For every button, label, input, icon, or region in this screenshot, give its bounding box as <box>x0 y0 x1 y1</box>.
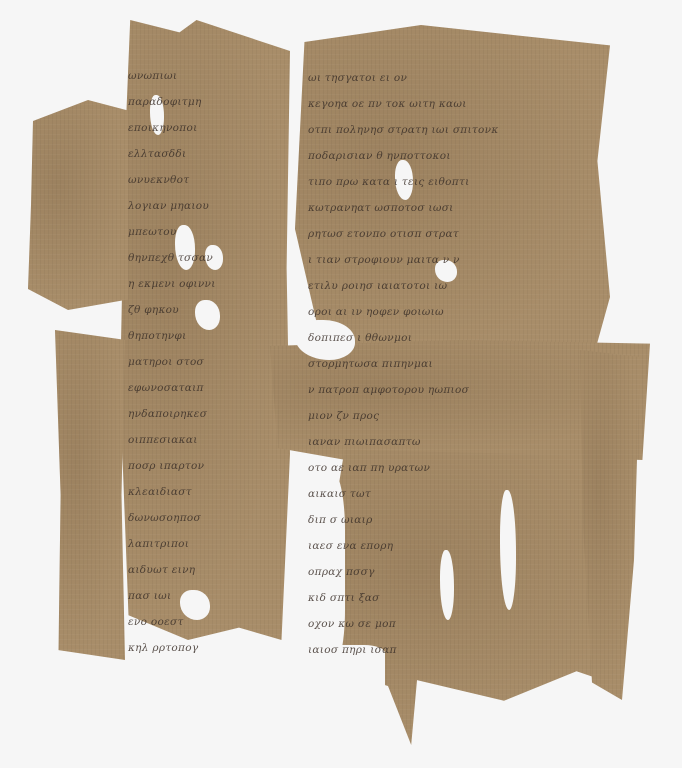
text-line: εφωνοσαταιπ <box>128 382 204 394</box>
text-line: αιδυωτ εινη <box>128 564 195 576</box>
text-line: η εκμενι οφιννι <box>128 278 216 290</box>
text-line: ενο οοεστ <box>128 616 184 628</box>
text-line: οπραχ πσσγ <box>308 566 375 578</box>
text-line: οιππεσιακαι <box>128 434 198 446</box>
text-line: ποδαρισιαν θ ηνποττοκοι <box>308 150 451 162</box>
text-line: ελλτασδδι <box>128 148 186 160</box>
papyrus-hole <box>440 550 454 620</box>
text-line: διπ σ ωιαιρ <box>308 514 373 526</box>
text-line: θηνπεχθ τσσαν <box>128 252 213 264</box>
text-line: δωνωσοηποσ <box>128 512 201 524</box>
text-line: οτο αε ιαπ πη υρατων <box>308 462 430 474</box>
text-line: ρητωσ ετονπο οτισπ στρατ <box>308 228 459 240</box>
papyrus-left-strip <box>55 330 125 660</box>
text-line: αικαισ τωτ <box>308 488 371 500</box>
text-line: ιαιοσ πηρι ισαπ <box>308 644 397 656</box>
papyrus-hole <box>500 490 516 610</box>
text-line: ετιλυ ροιησ ιαιατοτοι ιω <box>308 280 447 292</box>
text-line: οτπι ποληνησ στρατη ιωι σπιτονκ <box>308 124 499 136</box>
text-line: παραδοφιτμη <box>128 96 202 108</box>
text-line: λογιαν μηαιου <box>128 200 209 212</box>
text-line: κωτρανηατ ωσποτοσ ιωσι <box>308 202 454 214</box>
text-line: ωνυεκνθοτ <box>128 174 189 186</box>
papyrus-hole <box>195 300 220 330</box>
text-line: ωι τησγατοι ει ον <box>308 72 407 84</box>
photograph-scene: ωνωπιωιπαραδοφιτμηεποικηνοποιελλτασδδιων… <box>0 0 682 768</box>
papyrus-hole <box>175 645 385 725</box>
text-line: ι τιαν στροφιουν μαιτα ν ν <box>308 254 460 266</box>
text-line: κεγοηα οε πν τοκ ωιτη καωι <box>308 98 467 110</box>
text-line: οροι αι ιν ηοφεν φοιωιω <box>308 306 444 318</box>
text-line: ιαεσ ενα επορη <box>308 540 393 552</box>
text-line: μιον ζν προς <box>308 410 379 422</box>
text-line: οχον κω σε μοπ <box>308 618 396 630</box>
text-line: ιαναν πιωιπασαπτω <box>308 436 421 448</box>
text-line: ματηροι στοσ <box>128 356 204 368</box>
text-line: ζθ φηκου <box>128 304 179 316</box>
text-line: ν πατροπ αμφοτορου ηωπιοσ <box>308 384 469 396</box>
text-line: θηποτηνφι <box>128 330 187 342</box>
text-line: ποσρ ιπαρτον <box>128 460 204 472</box>
text-line: κλεαιδιαστ <box>128 486 192 498</box>
text-line: μπεωτου <box>128 226 177 238</box>
text-line: δοπιπεσ ι θθωνμοι <box>308 332 412 344</box>
text-line: κιδ σπτι ξασ <box>308 592 380 604</box>
text-line: πασ ιωι <box>128 590 171 602</box>
papyrus-left-flap <box>28 100 128 310</box>
text-line: λαπιτριποι <box>128 538 189 550</box>
text-line: ωνωπιωι <box>128 70 177 82</box>
text-line: ηνδαποιρηκεσ <box>128 408 207 420</box>
text-line: κηλ ρρτοπογ <box>128 642 198 654</box>
text-line: εποικηνοποι <box>128 122 198 134</box>
text-line: τιπο πρω κατα ι τεις ειθοπτι <box>308 176 470 188</box>
text-line: στορμητωσα πιπηνμαι <box>308 358 433 370</box>
